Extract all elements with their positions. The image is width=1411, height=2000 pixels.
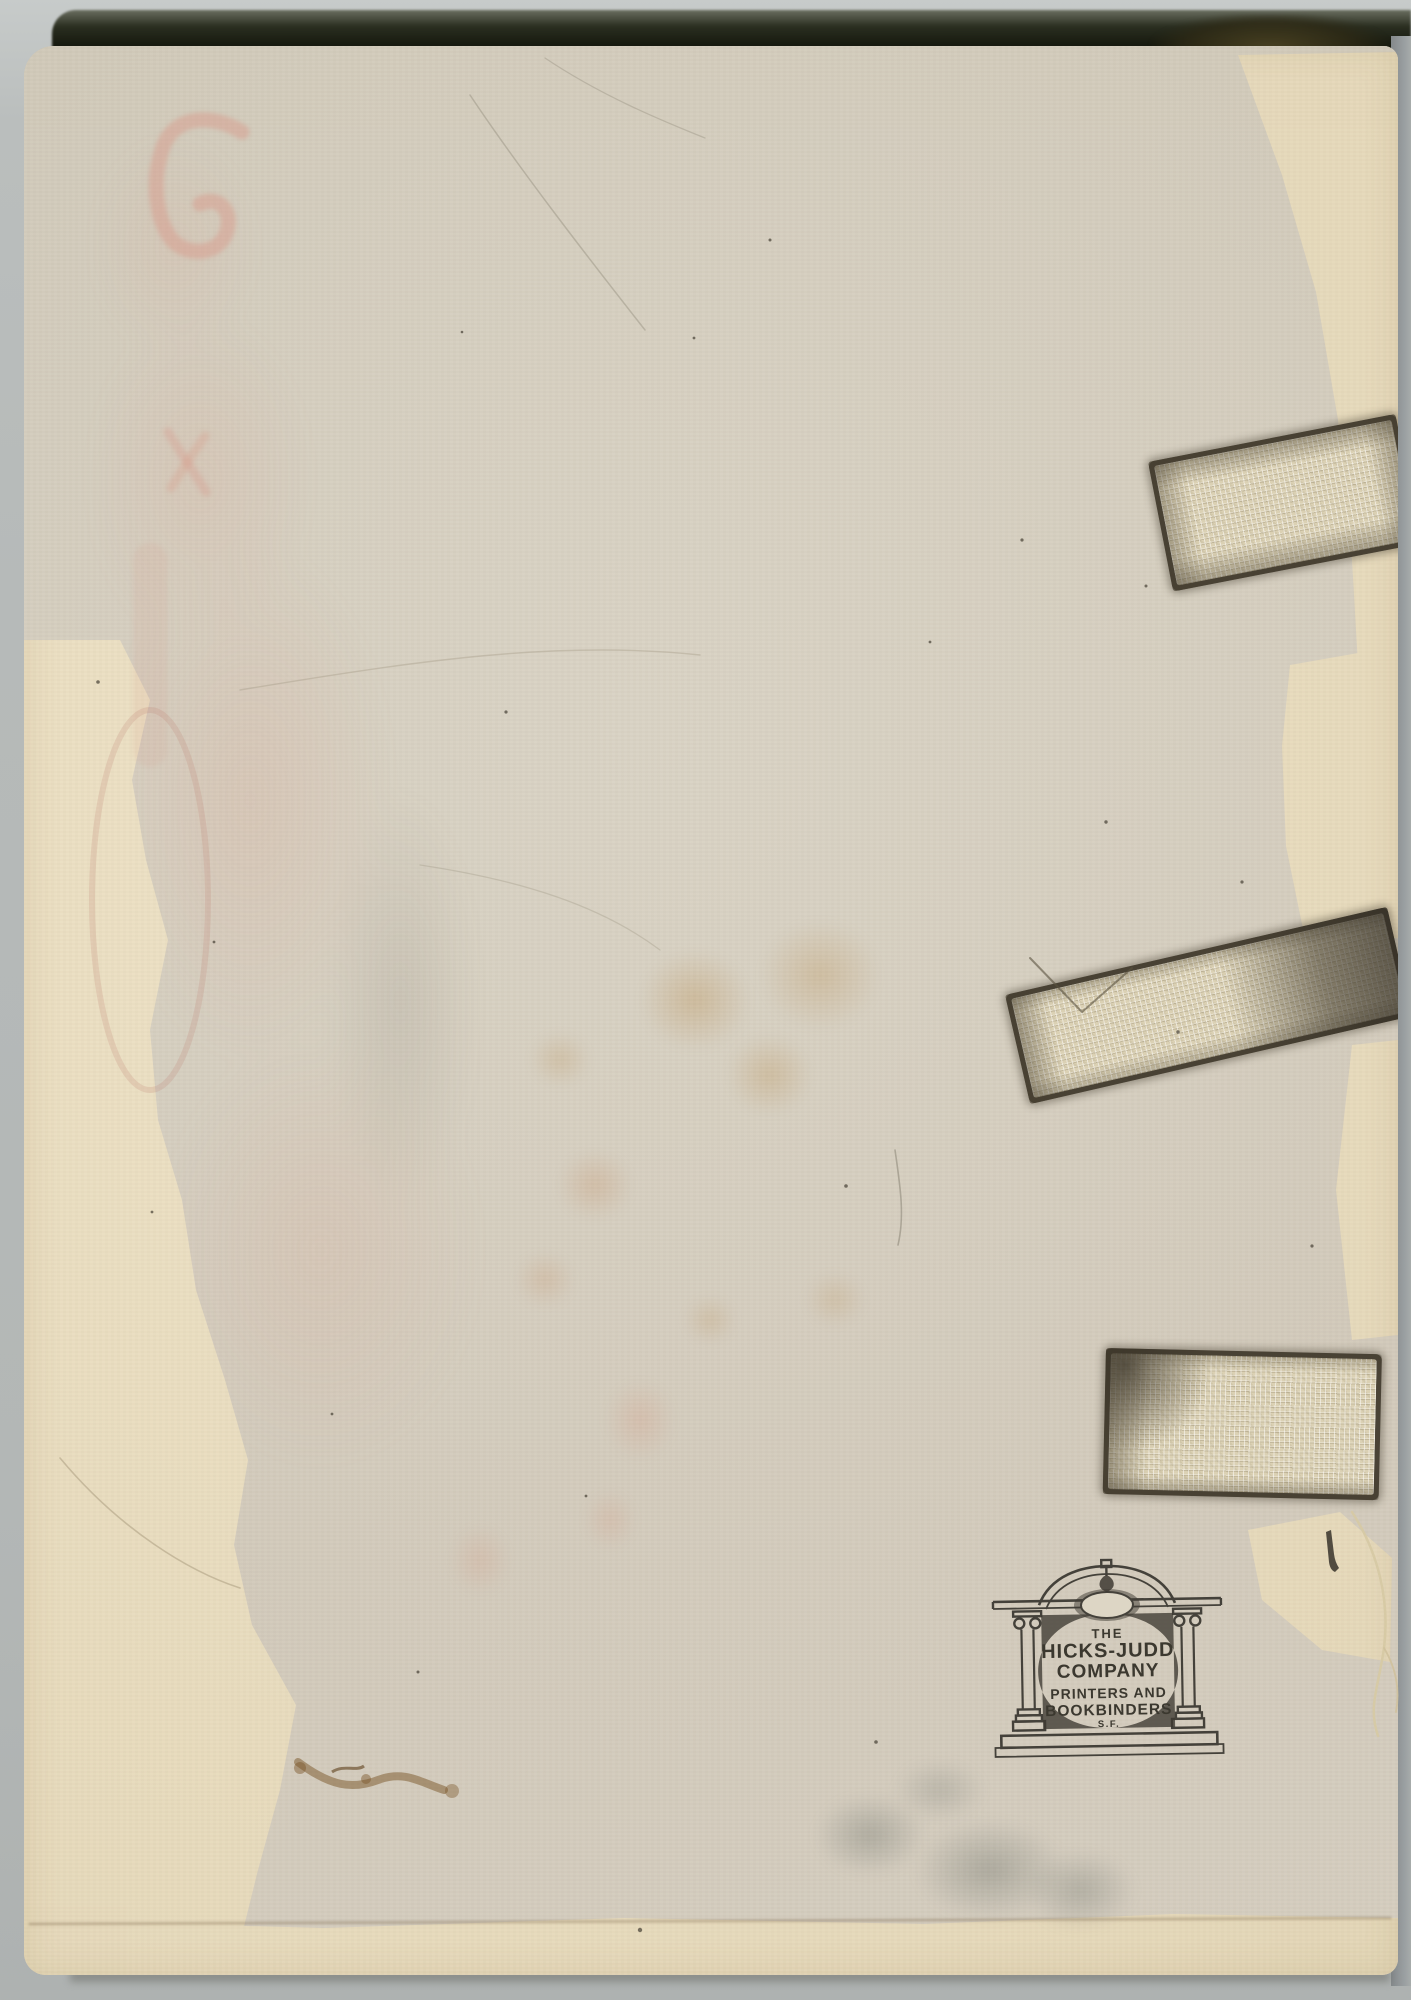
- stamp-line-sf: S.F.: [1098, 1719, 1121, 1730]
- stamp-text: THE HICKS-JUDD COMPANY PRINTERS AND BOOK…: [1041, 1625, 1176, 1731]
- book-back-cover: THE HICKS-JUDD COMPANY PRINTERS AND BOOK…: [24, 46, 1398, 1975]
- tape-edge-smudge: [1103, 1348, 1382, 1500]
- stamp-line-bookbinders: BOOKBINDERS: [1045, 1701, 1173, 1720]
- stamp-line-printers-and: PRINTERS AND: [1050, 1684, 1167, 1702]
- printer-stamp: THE HICKS-JUDD COMPANY PRINTERS AND BOOK…: [982, 1556, 1234, 1770]
- stamp-cartouche: [1081, 1592, 1133, 1619]
- scanner-background: THE HICKS-JUDD COMPANY PRINTERS AND BOOK…: [0, 0, 1411, 2000]
- stamp-line-company: COMPANY: [1057, 1660, 1160, 1683]
- cloth-tape-bottom: [1103, 1348, 1382, 1500]
